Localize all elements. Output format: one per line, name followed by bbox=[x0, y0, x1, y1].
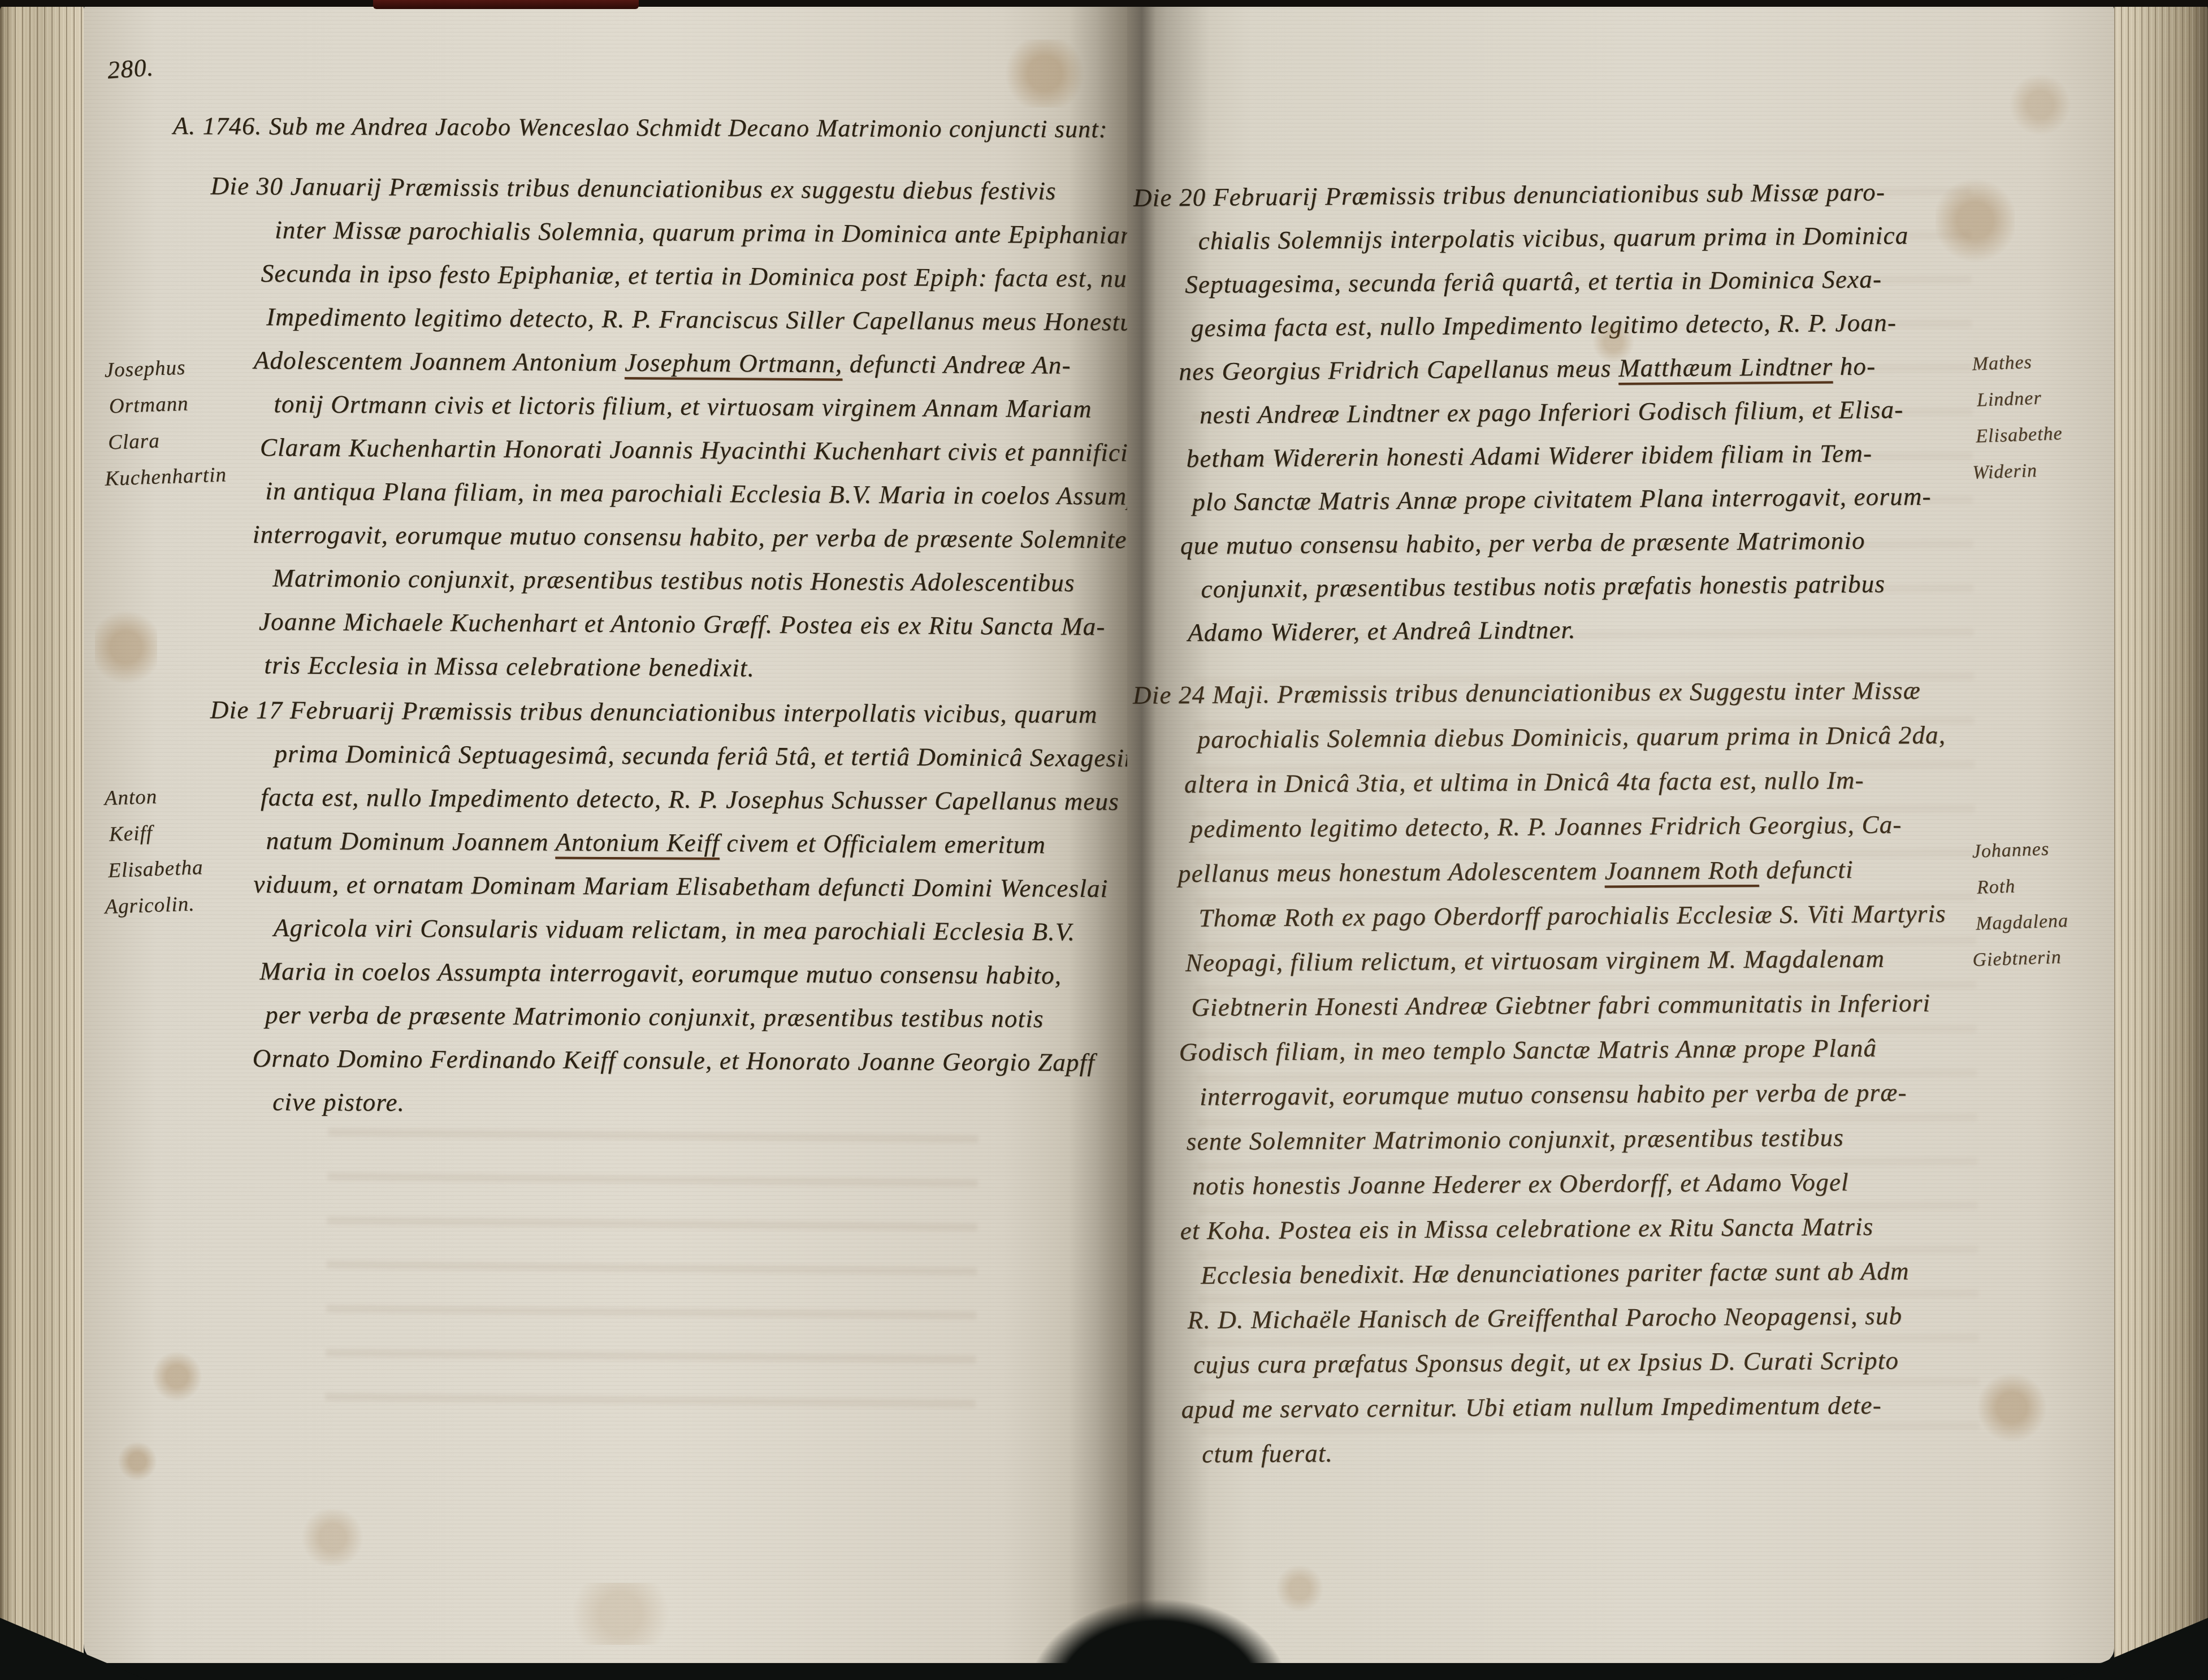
manuscript-line: Godisch filiam, in meo templo Sanctæ Mat… bbox=[1179, 1025, 1948, 1075]
manuscript-line: Mathes bbox=[1972, 343, 2061, 382]
manuscript-line: pellanus meus honestum Adolescentem Joan… bbox=[1178, 847, 1947, 896]
marriage-entry-jan30: Die 30 Januarij Præmissis tribus denunci… bbox=[252, 164, 1167, 692]
manuscript-line: Josephus bbox=[104, 348, 224, 388]
manuscript-line: tris Ecclesia in Missa celebratione bene… bbox=[264, 643, 1164, 692]
book-scan: 280. A. 1746. Sub me Andrea Jacobo Wence… bbox=[0, 0, 2208, 1680]
manuscript-line: nes Georgius Fridrich Capellanus meus Ma… bbox=[1179, 344, 1930, 393]
manuscript-line: Anton bbox=[104, 777, 201, 817]
manuscript-line: que mutuo consensu habito, per verba de … bbox=[1180, 518, 1932, 568]
manuscript-line: cujus cura præfatus Sponsus degit, ut ex… bbox=[1193, 1338, 1950, 1387]
margin-note-couple-2: AntonKeiffElisabethaAgricolin. bbox=[104, 777, 205, 925]
stain bbox=[298, 1509, 366, 1566]
manuscript-line: Elisabetha bbox=[107, 850, 204, 889]
manuscript-line: inter Missæ parochialis Solemnia, quarum… bbox=[275, 208, 1167, 257]
manuscript-line: R. D. Michaële Hanisch de Greiffenthal P… bbox=[1187, 1293, 1949, 1343]
right-page: Die 20 Februarij Præmissis tribus denunc… bbox=[1127, 6, 2114, 1663]
manuscript-line: Giebtnerin Honesti Andreæ Giebtner fabri… bbox=[1191, 981, 1947, 1030]
manuscript-line: Adolescentem Joannem Antonium Josephum O… bbox=[253, 339, 1166, 388]
ghost-showthrough bbox=[325, 1105, 979, 1428]
manuscript-line: Neopagi, filium relictum, et virtuosam v… bbox=[1185, 936, 1947, 985]
manuscript-line: Magdalena bbox=[1975, 903, 2069, 942]
stain bbox=[118, 1441, 157, 1481]
manuscript-line: Ortmann bbox=[109, 384, 225, 425]
manuscript-line: Elisabethe bbox=[1975, 415, 2063, 454]
manuscript-line: prima Dominicâ Septuagesimâ, secunda fer… bbox=[274, 732, 1164, 780]
underlined-name: Joannem Roth bbox=[1604, 856, 1759, 885]
manuscript-line: Ornato Domino Ferdinando Keiff consule, … bbox=[252, 1037, 1163, 1085]
manuscript-line: Septuagesima, secunda feriâ quartâ, et t… bbox=[1185, 257, 1930, 306]
manuscript-line: gesima facta est, nullo Impedimento legi… bbox=[1191, 301, 1930, 350]
manuscript-line: Agricola viri Consularis viduam relictam… bbox=[274, 906, 1164, 954]
manuscript-line: conjunxit, præsentibus testibus notis pr… bbox=[1201, 562, 1932, 611]
manuscript-line: viduum, et ornatam Dominam Mariam Elisab… bbox=[253, 863, 1164, 911]
manuscript-line: et Koha. Postea eis in Missa celebration… bbox=[1180, 1204, 1949, 1253]
manuscript-line: Johannes bbox=[1972, 830, 2067, 870]
manuscript-line: Die 24 Maji. Præmissis tribus denunciati… bbox=[1133, 668, 1946, 718]
manuscript-line: Die 17 Februarij Præmissis tribus denunc… bbox=[210, 688, 1165, 737]
margin-note-couple-3: MathesLindnerElisabetheWiderin bbox=[1972, 343, 2064, 491]
manuscript-line: natum Dominum Joannem Antonium Keiff civ… bbox=[266, 819, 1164, 867]
manuscript-line: ctum fuerat. bbox=[1202, 1427, 1950, 1477]
manuscript-line: Die 30 Januarij Præmissis tribus denunci… bbox=[210, 164, 1167, 214]
manuscript-line: parochialis Solemnia diebus Dominicis, q… bbox=[1197, 713, 1946, 762]
gutter-bottom-shadow bbox=[1023, 1595, 1295, 1680]
manuscript-line: Clara bbox=[107, 421, 226, 461]
register-heading: A. 1746. Sub me Andrea Jacobo Wenceslao … bbox=[173, 111, 1108, 144]
manuscript-line: Matrimonio conjunxit, præsentibus testib… bbox=[272, 556, 1165, 605]
page-number: 280. bbox=[106, 53, 154, 85]
manuscript-line: Die 20 Februarij Præmissis tribus denunc… bbox=[1133, 170, 1929, 220]
stain bbox=[2009, 73, 2071, 136]
manuscript-line: Roth bbox=[1976, 867, 2068, 906]
manuscript-line: sente Solemniter Matrimonio conjunxit, p… bbox=[1186, 1115, 1948, 1164]
manuscript-line: Agricolin. bbox=[104, 886, 205, 925]
manuscript-line: tonij Ortmann civis et lictoris filium, … bbox=[274, 382, 1166, 431]
manuscript-line: chialis Solemnijs interpolatis vicibus, … bbox=[1198, 214, 1929, 263]
manuscript-line: Lindner bbox=[1976, 379, 2062, 418]
manuscript-line: Joanne Michaele Kuchenhart et Antonio Gr… bbox=[259, 600, 1165, 649]
top-background-strip bbox=[0, 0, 2208, 7]
manuscript-line: notis honestis Joanne Hederer ex Oberdor… bbox=[1192, 1159, 1949, 1209]
marriage-entry-feb17: Die 17 Februarij Præmissis tribus denunc… bbox=[252, 689, 1165, 1128]
manuscript-line: per verba de præsente Matrimonio conjunx… bbox=[265, 993, 1163, 1041]
manuscript-line: in antiqua Plana filiam, in mea parochia… bbox=[265, 469, 1166, 518]
stain bbox=[151, 1351, 202, 1402]
manuscript-line: Widerin bbox=[1972, 452, 2064, 491]
stain bbox=[1936, 175, 2015, 266]
manuscript-line: plo Sanctæ Matris Annæ prope civitatem P… bbox=[1192, 475, 1932, 524]
stain bbox=[95, 605, 157, 690]
left-page: 280. A. 1746. Sub me Andrea Jacobo Wence… bbox=[84, 6, 1127, 1663]
manuscript-line: Claram Kuchenhartin Honorati Joannis Hya… bbox=[260, 426, 1166, 475]
manuscript-line: interrogavit, eorumque mutuo consensu ha… bbox=[253, 513, 1166, 562]
book-headband bbox=[373, 0, 639, 9]
manuscript-line: Keiff bbox=[109, 813, 202, 853]
margin-note-couple-4: JohannesRothMagdalenaGiebtnerin bbox=[1972, 830, 2071, 978]
manuscript-line: pedimento legitimo detecto, R. P. Joanne… bbox=[1190, 802, 1946, 851]
stain bbox=[559, 1583, 683, 1645]
stain bbox=[999, 40, 1090, 107]
underlined-name: Antonium Keiff bbox=[555, 828, 720, 858]
page-edges-left bbox=[0, 6, 84, 1664]
manuscript-line: Impedimento legitimo detecto, R. P. Fran… bbox=[266, 295, 1167, 344]
manuscript-line: Thomæ Roth ex pago Oberdorff parochialis… bbox=[1198, 891, 1947, 941]
manuscript-line: cive pistore. bbox=[272, 1080, 1163, 1128]
manuscript-line: Adamo Widerer, et Andreâ Lindtner. bbox=[1188, 605, 1933, 655]
marriage-entry-feb20: Die 20 Februarij Præmissis tribus denunc… bbox=[1177, 170, 1933, 655]
manuscript-line: Ecclesia benedixit. Hæ denunciationes pa… bbox=[1201, 1249, 1949, 1298]
manuscript-line: Secunda in ipso festo Epiphaniæ, et tert… bbox=[261, 252, 1167, 301]
underlined-name: Matthæum Lindtner bbox=[1618, 352, 1833, 382]
page-edges-right bbox=[2114, 5, 2208, 1664]
manuscript-line: Giebtnerin bbox=[1972, 939, 2070, 978]
marriage-entry-may24: Die 24 Maji. Præmissis tribus denunciati… bbox=[1177, 668, 1950, 1477]
manuscript-line: apud me servato cernitur. Ubi etiam null… bbox=[1181, 1383, 1950, 1432]
underlined-name: Josephum Ortmann, bbox=[625, 348, 843, 378]
manuscript-line: altera in Dnicâ 3tia, et ultima in Dnicâ… bbox=[1184, 757, 1946, 807]
manuscript-line: facta est, nullo Impedimento detecto, R.… bbox=[261, 776, 1164, 824]
manuscript-line: betham Widererin honesti Adami Widerer i… bbox=[1186, 431, 1931, 480]
manuscript-line: nesti Andreæ Lindtner ex pago Inferiori … bbox=[1200, 388, 1931, 437]
manuscript-line: Kuchenhartin bbox=[104, 457, 227, 497]
margin-note-couple-1: JosephusOrtmannClaraKuchenhartin bbox=[104, 348, 227, 497]
manuscript-line: interrogavit, eorumque mutuo consensu ha… bbox=[1200, 1070, 1948, 1119]
manuscript-line: Maria in coelos Assumpta interrogavit, e… bbox=[259, 950, 1163, 998]
stain bbox=[1975, 1374, 2049, 1441]
